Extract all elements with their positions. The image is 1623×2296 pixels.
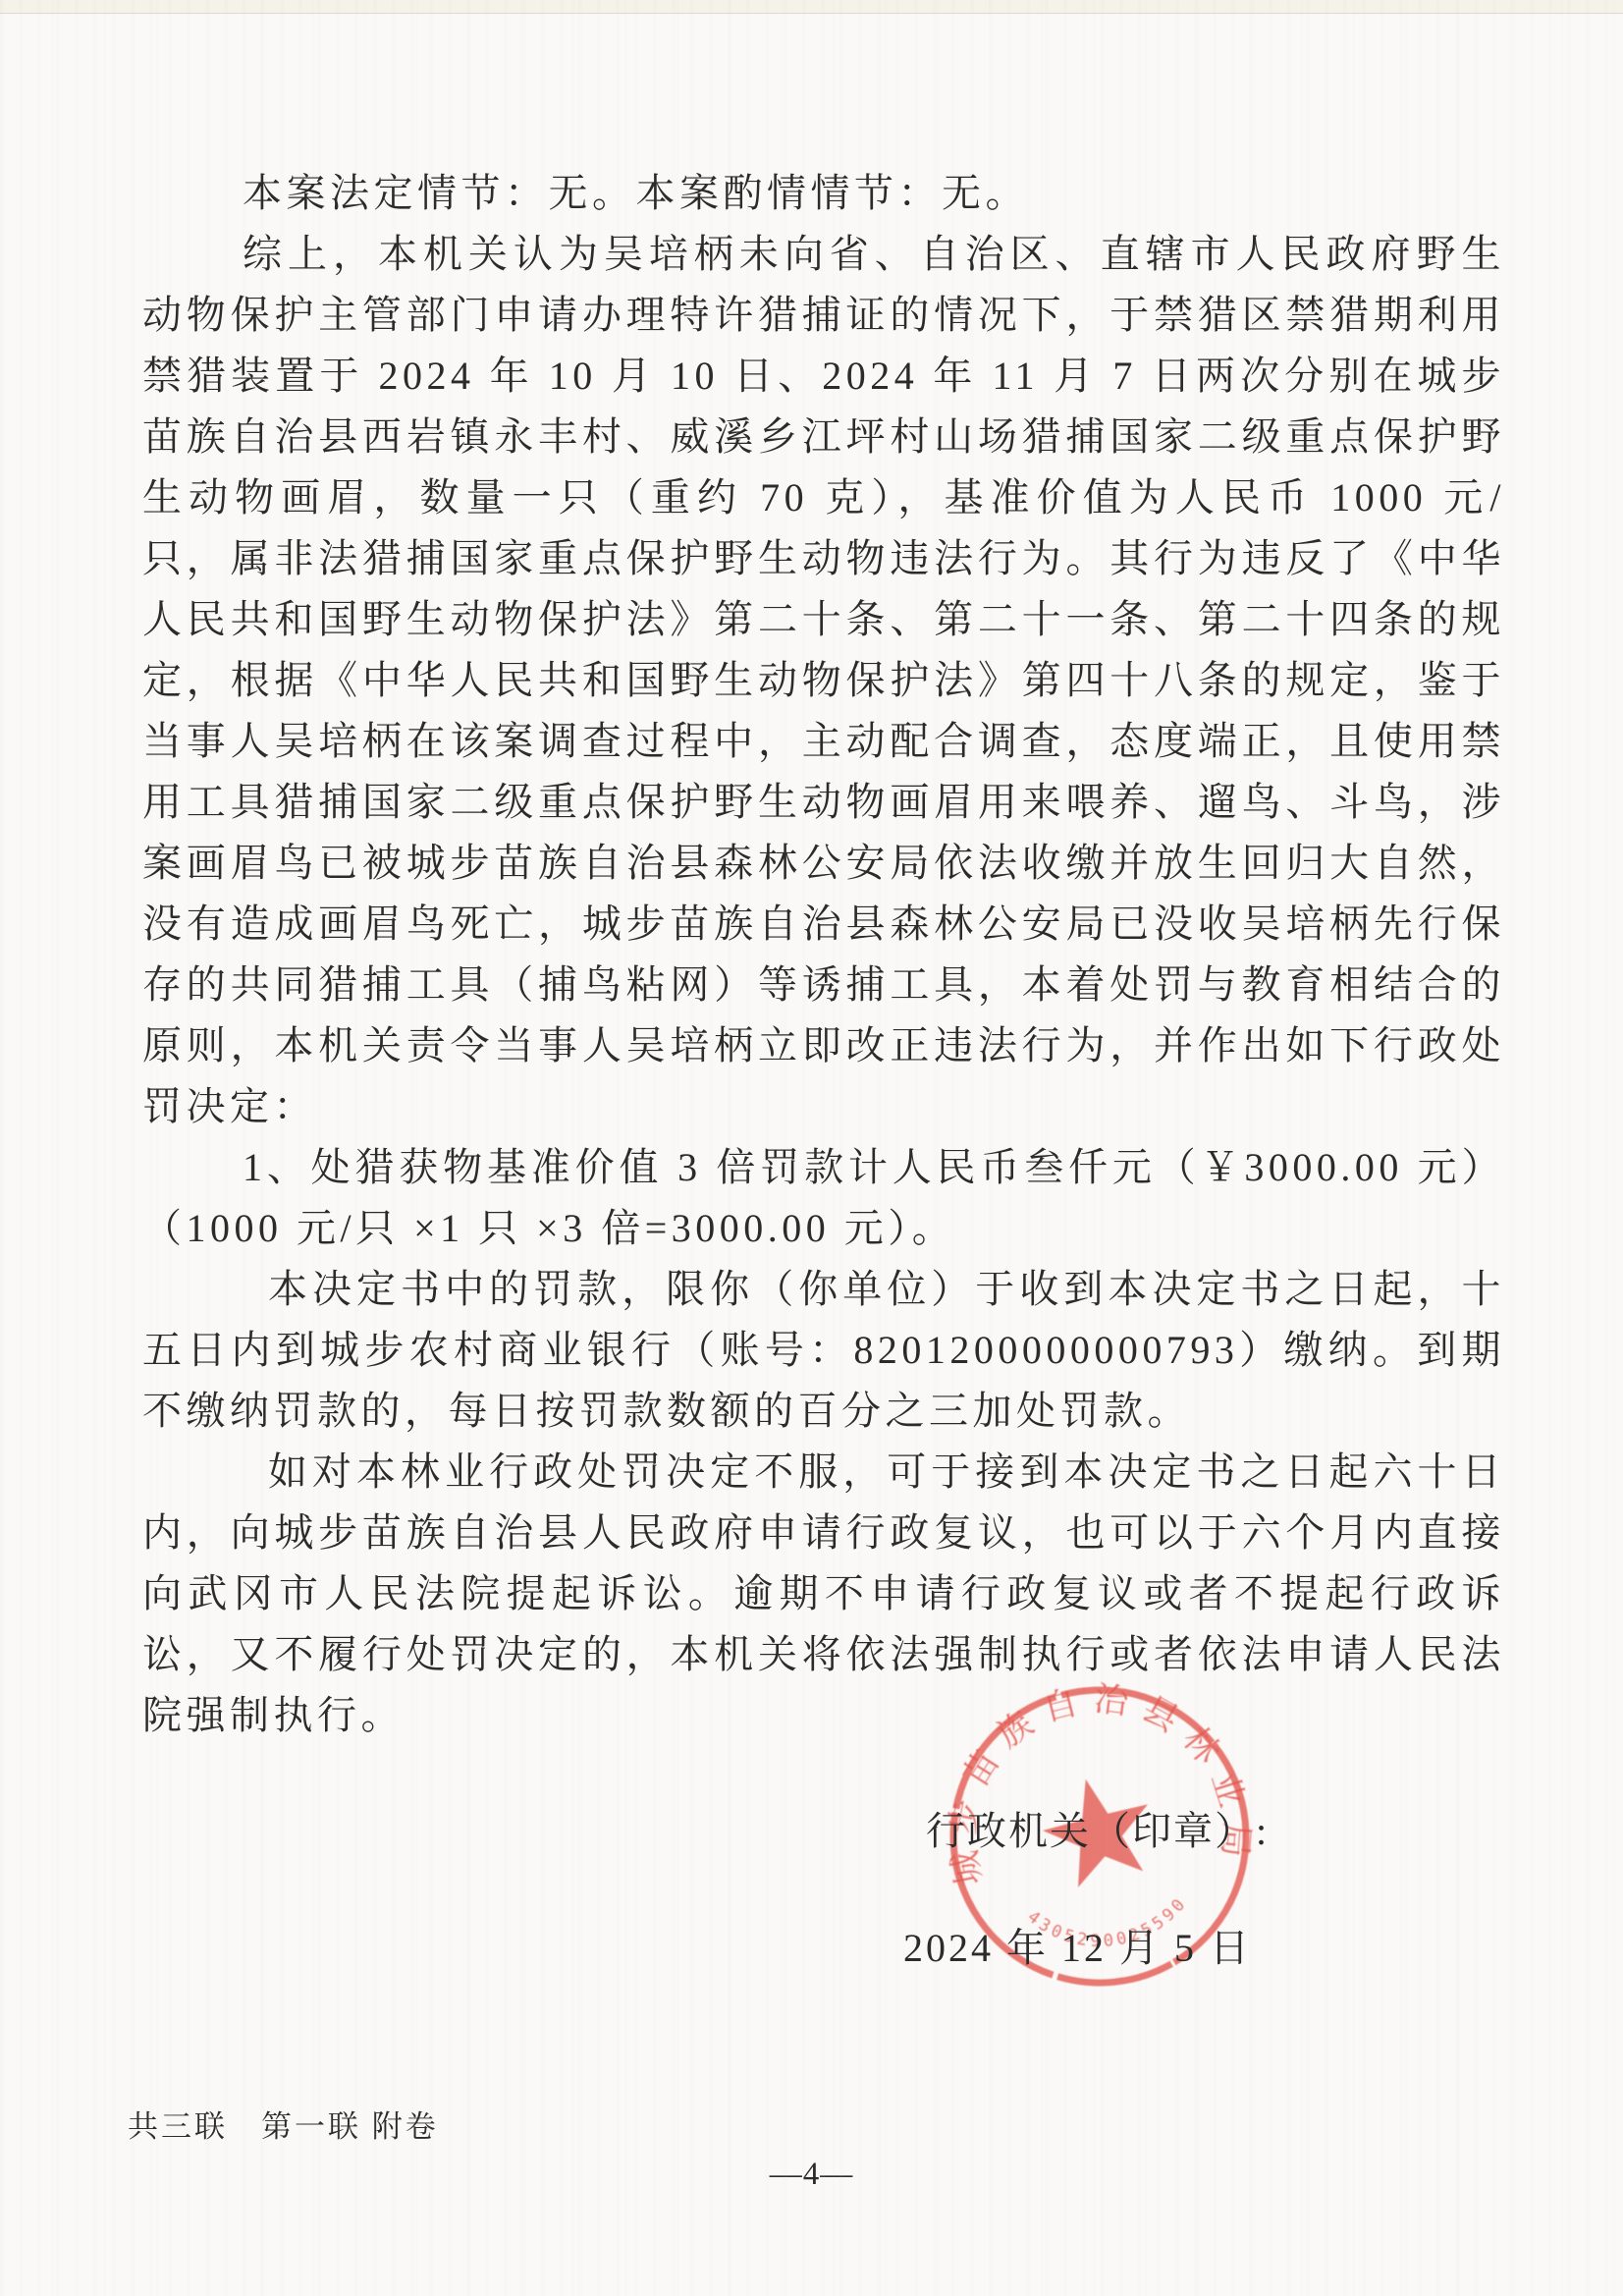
paragraph: 本决定书中的罚款，限你（你单位）于收到本决定书之日起，十五日内到城步农村商业银行… bbox=[142, 1259, 1505, 1442]
scan-edge-artifact bbox=[0, 0, 1623, 14]
paragraph: 1、处猎获物基准价值 3 倍罚款计人民币叁仟元（￥3000.00 元）（1000… bbox=[142, 1137, 1505, 1259]
decision-date: 2024 年 12 月 5 日 bbox=[903, 1917, 1252, 1973]
decision-body: 本案法定情节：无。本案酌情情节：无。 综上，本机关认为吴培柄未向省、自治区、直辖… bbox=[142, 163, 1505, 1746]
issuing-authority-label: 行政机关（印章）: bbox=[926, 1800, 1269, 1856]
paragraph: 如对本林业行政处罚决定不服，可于接到本决定书之日起六十日内，向城步苗族自治县人民… bbox=[142, 1442, 1505, 1746]
document-page: 本案法定情节：无。本案酌情情节：无。 综上，本机关认为吴培柄未向省、自治区、直辖… bbox=[0, 0, 1623, 2296]
paragraph: 综上，本机关认为吴培柄未向省、自治区、直辖市人民政府野生动物保护主管部门申请办理… bbox=[142, 224, 1505, 1137]
copies-note: 共三联 第一联 附卷 bbox=[128, 2102, 439, 2146]
paragraph: 本案法定情节：无。本案酌情情节：无。 bbox=[142, 163, 1505, 224]
page-number: —4— bbox=[0, 2157, 1623, 2193]
